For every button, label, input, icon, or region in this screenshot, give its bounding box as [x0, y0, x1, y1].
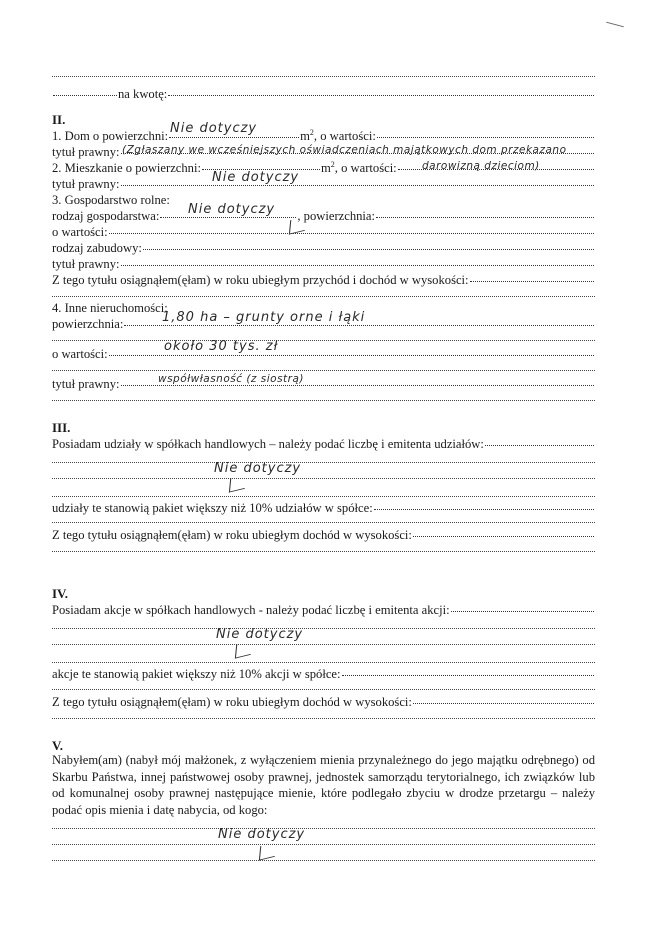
- stocks-line: Posiadam akcje w spółkach handlowych - n…: [52, 602, 595, 618]
- shares-income-line: Z tego tytułu osiągnąłem(ęłam) w roku ub…: [52, 527, 595, 543]
- farm-title-line: tytuł prawny:: [52, 256, 595, 272]
- flat-title-field[interactable]: [121, 184, 594, 186]
- dotted-rule: [52, 496, 595, 497]
- strike-mark-icon: [259, 842, 276, 860]
- farm-value-field[interactable]: [109, 232, 594, 234]
- declaration-page: na kwotę: II. 1. Dom o powierzchni: m2, …: [52, 0, 595, 941]
- house-area-handwriting: Nie dotyczy: [170, 122, 257, 136]
- dotted-rule: [52, 478, 595, 479]
- shares-field[interactable]: [485, 444, 594, 446]
- dotted-rule: [52, 522, 595, 523]
- amount-field[interactable]: [168, 94, 594, 96]
- dotted-rule: [52, 296, 595, 297]
- farm-value-line: o wartości:: [52, 224, 595, 240]
- other-value-line: o wartości:: [52, 346, 595, 362]
- stocks-income-line: Z tego tytułu osiągnąłem(ęłam) w roku ub…: [52, 694, 595, 710]
- dotted-rule: [52, 400, 595, 401]
- shares-package-line: udziały te stanowią pakiet większy niż 1…: [52, 500, 595, 516]
- flat-title-handwriting: Nie dotyczy: [212, 171, 299, 185]
- stocks-package-field[interactable]: [342, 674, 594, 676]
- house-area-line: 1. Dom o powierzchni: m2, o wartości:: [52, 128, 595, 144]
- scan-mark: [606, 22, 624, 28]
- section-iii-heading: III.: [52, 420, 70, 436]
- farm-title-field[interactable]: [121, 264, 594, 266]
- farm-type-line: rodzaj gospodarstwa: , powierzchnia:: [52, 208, 595, 224]
- dotted-rule: [52, 718, 595, 719]
- section-ii-heading: II.: [52, 112, 65, 128]
- dotted-rule: [52, 340, 595, 341]
- stocks-handwriting: Nie dotyczy: [216, 628, 303, 642]
- dotted-rule: [52, 644, 595, 645]
- farm-type-handwriting: Nie dotyczy: [188, 203, 275, 217]
- farm-heading-line: 3. Gospodarstwo rolne:: [52, 192, 595, 208]
- dotted-rule: [52, 551, 595, 552]
- farm-area-field[interactable]: [376, 216, 594, 218]
- section-v-paragraph: Nabyłem(am) (nabył mój małżonek, z wyłąc…: [52, 752, 595, 818]
- dotted-rule: [52, 844, 595, 845]
- shares-line: Posiadam udziały w spółkach handlowych –…: [52, 436, 595, 452]
- other-area-handwriting: 1,80 ha – grunty orne i łąki: [162, 311, 365, 325]
- dotted-rule: [52, 689, 595, 690]
- dotted-rule: [52, 370, 595, 371]
- stocks-field[interactable]: [451, 610, 594, 612]
- other-title-line: tytuł prawny:: [52, 376, 595, 392]
- other-title-handwriting: współwłasność (z siostrą): [158, 372, 304, 386]
- house-area-field[interactable]: [169, 136, 299, 138]
- other-value-field[interactable]: [109, 354, 594, 356]
- farm-buildings-field[interactable]: [143, 248, 594, 250]
- dotted-rule: [52, 828, 595, 829]
- flat-value-handwriting: darowizną dzieciom): [422, 159, 540, 173]
- stocks-package-line: akcje te stanowią pakiet większy niż 10%…: [52, 666, 595, 682]
- other-value-handwriting: około 30 tys. zł: [164, 340, 278, 354]
- farm-income-line: Z tego tytułu osiągnąłem(ęłam) w roku ub…: [52, 272, 595, 288]
- flat-title-line: tytuł prawny:: [52, 176, 595, 192]
- house-value-field[interactable]: [377, 136, 594, 138]
- farm-buildings-line: rodzaj zabudowy:: [52, 240, 595, 256]
- strike-mark-icon: [229, 474, 246, 492]
- dotted-rule: [52, 628, 595, 629]
- dotted-rule: [52, 662, 595, 663]
- section-iv-heading: IV.: [52, 586, 68, 602]
- amount-label: na kwotę:: [118, 86, 167, 102]
- shares-handwriting: Nie dotyczy: [214, 462, 301, 476]
- shares-package-field[interactable]: [374, 508, 594, 510]
- amount-line: na kwotę:: [52, 86, 595, 102]
- farm-income-field[interactable]: [470, 280, 594, 282]
- dotted-rule: [52, 462, 595, 463]
- dotted-rule: [52, 76, 595, 77]
- shares-income-field[interactable]: [413, 535, 594, 537]
- strike-mark-icon: [235, 640, 252, 658]
- dotted-rule: [52, 860, 595, 861]
- house-title-handwriting: (Zgłaszany we wcześniejszych oświadczeni…: [122, 143, 567, 157]
- stocks-income-field[interactable]: [413, 702, 594, 704]
- acquisition-handwriting: Nie dotyczy: [218, 828, 305, 842]
